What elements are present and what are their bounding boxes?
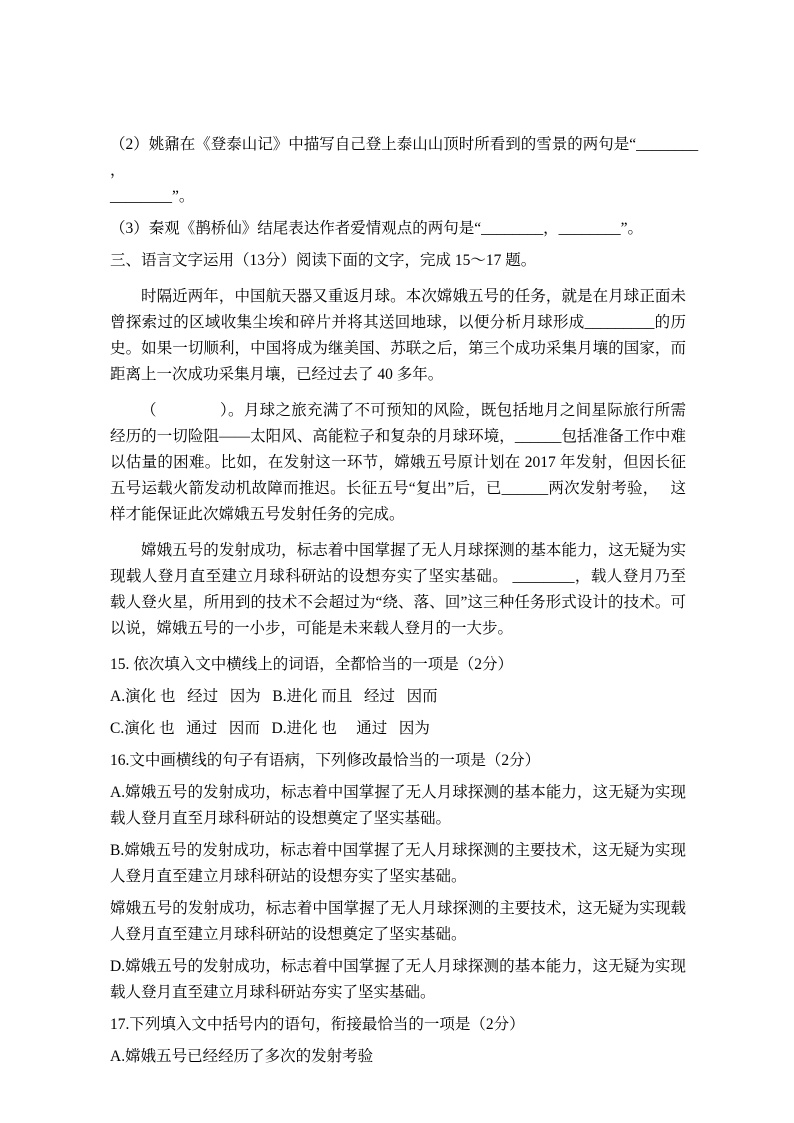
question-15-options-row-1: A.演化 也 经过 因为 B.进化 而且 经过 因而 [110,684,686,710]
completion-item-2-line-3: ________”。 [110,184,686,210]
completion-item-2-line-1: （2）姚鼐在《登泰山记》中描写自己登上泰山山顶时所看到的雪景的两句是“_____… [110,132,686,158]
question-15-options-row-2: C.演化 也 通过 因而 D.进化 也 通过 因为 [110,716,686,742]
question-16-stem: 16.文中画横线的句子有语病，下列修改最恰当的一项是（2分） [110,748,686,774]
passage-paragraph-2: （ ）。月球之旅充满了不可预知的风险，既包括地月之间星际旅行所需经历的一切险阻—… [110,398,686,528]
question-15-stem: 15. 依次填入文中横线上的词语，全都恰当的一项是（2分） [110,652,686,678]
question-17-stem: 17.下列填入文中括号内的语句，衔接最恰当的一项是（2分） [110,1012,686,1038]
question-16-option-d: D.嫦娥五号的发射成功，标志着中国掌握了无人月球探测的基本能力，这无疑为实现载人… [110,954,686,1006]
passage-paragraph-1: 时隔近两年，中国航天器又重返月球。本次嫦娥五号的任务，就是在月球正面未曾探索过的… [110,284,686,388]
question-16-option-a: A.嫦娥五号的发射成功，标志着中国掌握了无人月球探测的基本能力，这无疑为实现载人… [110,780,686,832]
question-16-option-b: B.嫦娥五号的发射成功，标志着中国掌握了无人月球探测的主要技术，这无疑为实现人登… [110,838,686,890]
question-16-option-c: 嫦娥五号的发射成功，标志着中国掌握了无人月球探测的主要技术，这无疑为实现载人登月… [110,896,686,948]
completion-item-3: （3）秦观《鹊桥仙》结尾表达作者爱情观点的两句是“________，______… [110,216,686,242]
section-three-heading: 三、语言文字运用（13分）阅读下面的文字，完成 15～17 题。 [110,248,686,274]
exam-document-page: （2）姚鼐在《登泰山记》中描写自己登上泰山山顶时所看到的雪景的两句是“_____… [0,0,794,1123]
completion-item-2-line-2: ， [110,158,686,184]
passage-paragraph-3: 嫦娥五号的发射成功，标志着中国掌握了无人月球探测的基本能力，这无疑为实现载人登月… [110,538,686,642]
question-17-option-a: A.嫦娥五号已经经历了多次的发射考验 [110,1044,686,1070]
